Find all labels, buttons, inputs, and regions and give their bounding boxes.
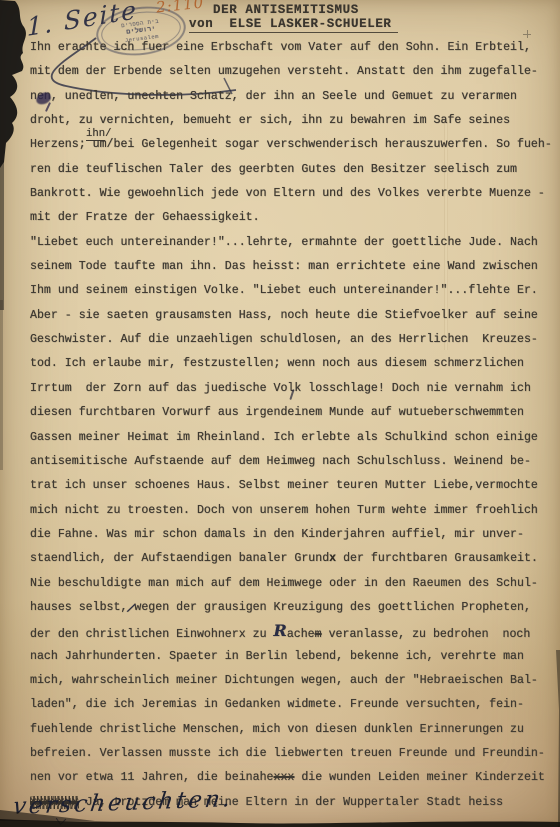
typed-segment: Ihn erachte ich fuer eine Erbschaft vom … [30,41,531,54]
typed-segment: antisemitische Aufstaende auf dem Heimwe… [30,455,531,468]
typed-segment: befreien. Verlassen musste ich die liebw… [30,747,545,760]
typed-line: ren die teuflischen Taler des geerbten G… [30,158,554,182]
typed-line: mit der Fratze der Gehaessigkeit. [30,206,554,230]
typed-lines: Ihn erachte ich fuer eine Erbschaft vom … [30,36,554,815]
manuscript-page: בית הספרים ירושלים Jerusalem 1. Seite 2:… [0,0,560,827]
typed-line: laden", die ich Jeremias in Gedanken wid… [30,693,554,717]
typed-line: befreien. Verlassen musste ich die liebw… [30,742,554,766]
margin-plus-mark [523,30,531,38]
typed-segment-inkR: R [274,619,287,643]
typed-line: fuehlende christliche Menschen, mich von… [30,718,554,742]
typed-segment: mit der Fratze der Gehaessigkeit. [30,211,260,224]
typed-line: seinem Tode taufte man ihn. Das heisst: … [30,255,554,279]
typed-line: Ihn erachte ich fuer eine Erbschaft vom … [30,36,554,60]
typed-segment: staendlich, der Aufstaendigen banaler Gr… [30,552,329,565]
document-title-line1: DER ANTISEMITISMUS [213,3,359,17]
typed-segment: nen, unedlen, unechten Schatz, der ihn a… [30,90,517,103]
typed-segment: Aber - sie saeten grausamsten Hass, noch… [30,309,538,322]
typed-line: "Liebet euch untereinander!"...lehrte, e… [30,231,554,255]
typed-segment: der furchtbaren Grausamkeit. [336,552,538,565]
typed-segment: "Liebet euch untereinander!"...lehrte, e… [30,236,538,249]
typed-line: tod. Ich erlaube mir, festzustellen; wen… [30,352,554,376]
typed-segment: laden", die ich Jeremias in Gedanken wid… [30,698,524,711]
typed-line: nach Jahrhunderten. Spaeter in Berlin le… [30,645,554,669]
typed-line: Nie beschuldigte man mich auf dem Heimwe… [30,572,554,596]
typed-line: Bankrott. Wie gewoehnlich jede von Elter… [30,182,554,206]
handwritten-catalog-number: 2:110 [155,0,205,16]
typed-segment-strike: m [315,628,322,641]
typed-segment: die Fahne. Was mir schon damals in den K… [30,528,524,541]
typed-segment: mit dem der Erbende selten umzugehen ver… [30,65,538,78]
typed-segment: tod. Ich erlaube mir, festzustellen; wen… [30,357,524,370]
typed-segment: Nie beschuldigte man mich auf dem Heimwe… [30,577,538,590]
typed-line: hauses selbst,/wegen der grausigen Kreuz… [30,596,554,620]
typed-line: Geschwister. Auf die unzaehligen schuldl… [30,328,554,352]
typed-line: mich nicht zu troesten. Doch von unserem… [30,499,554,523]
document-title-line2: von ELSE LASKER-SCHUELER [189,17,398,33]
typed-segment: mich nicht zu troesten. Doch von unserem… [30,504,538,517]
typed-segment: nen vor etwa 11 Jahren, die beinahe [30,771,274,784]
typed-segment: der den christlichen Einwohnerx zu [30,628,274,641]
typed-segment: Geschwister. Auf die unzaehligen schuldl… [30,333,538,346]
typed-line: antisemitische Aufstaende auf dem Heimwe… [30,450,554,474]
typed-line: nen vor etwa 11 Jahren, die beinahexxx d… [30,766,554,790]
typed-segment: veranlasse, zu bedrohen noch [322,628,531,641]
typed-line: Herzens; um/bei Gelegenheit sogar versch… [30,133,554,157]
typed-segment-strike: xxx [274,771,295,784]
typed-segment: Herzens; um/bei Gelegenheit sogar versch… [30,138,552,151]
typed-line: mich, wahrscheinlich meiner Dichtungen w… [30,669,554,693]
typed-line: staendlich, der Aufstaendigen banaler Gr… [30,547,554,571]
typed-line: der den christlichen Einwohnerx zu Rache… [30,620,554,644]
typed-line: diesen furchtbaren Vorwurf aus irgendein… [30,401,554,425]
typed-segment: diesen furchtbaren Vorwurf aus irgendein… [30,406,524,419]
typed-line: trat ich unser schoenes Haus. Selbst mei… [30,474,554,498]
typed-segment: nach Jahrhunderten. Spaeter in Berlin le… [30,650,524,663]
typed-segment: Irrtum der Zorn auf das juedische Volk l… [30,382,531,395]
typed-segment: Gassen meiner Heimat im Rheinland. Ich e… [30,431,538,444]
typed-segment: ren die teuflischen Taler des geerbten G… [30,163,517,176]
typed-line: nen, unedlen, unechten Schatz, der ihn a… [30,85,554,109]
typed-segment: Bankrott. Wie gewoehnlich jede von Elter… [30,187,545,200]
typed-segment: ache [287,628,315,641]
typed-segment: seinem Tode taufte man ihn. Das heisst: … [30,260,538,273]
typed-line: droht, zu vernichten, bemueht er sich, i… [30,109,554,133]
typed-line: die Fahne. Was mir schon damals in den K… [30,523,554,547]
typed-segment: wegen der grausigen Kreuzigung des goett… [134,601,531,614]
typed-segment: mich, wahrscheinlich meiner Dichtungen w… [30,674,538,687]
typed-line: Gassen meiner Heimat im Rheinland. Ich e… [30,426,554,450]
typed-segment: droht, zu vernichten, bemueht er sich, i… [30,114,510,127]
typed-segment: hauses selbst, [30,601,127,614]
typed-segment: fuehlende christliche Menschen, mich von… [30,723,524,736]
typed-segment: Ihm und seinem einstigen Volke. "Liebet … [30,284,538,297]
typed-segment: trat ich unser schoenes Haus. Selbst mei… [30,479,538,492]
typed-segment: die wunden Leiden meiner Kinderzeit [294,771,544,784]
typed-line: Ihm und seinem einstigen Volke. "Liebet … [30,279,554,303]
typed-line: Aber - sie saeten grausamsten Hass, noch… [30,304,554,328]
typed-line: mit dem der Erbende selten umzugehen ver… [30,60,554,84]
